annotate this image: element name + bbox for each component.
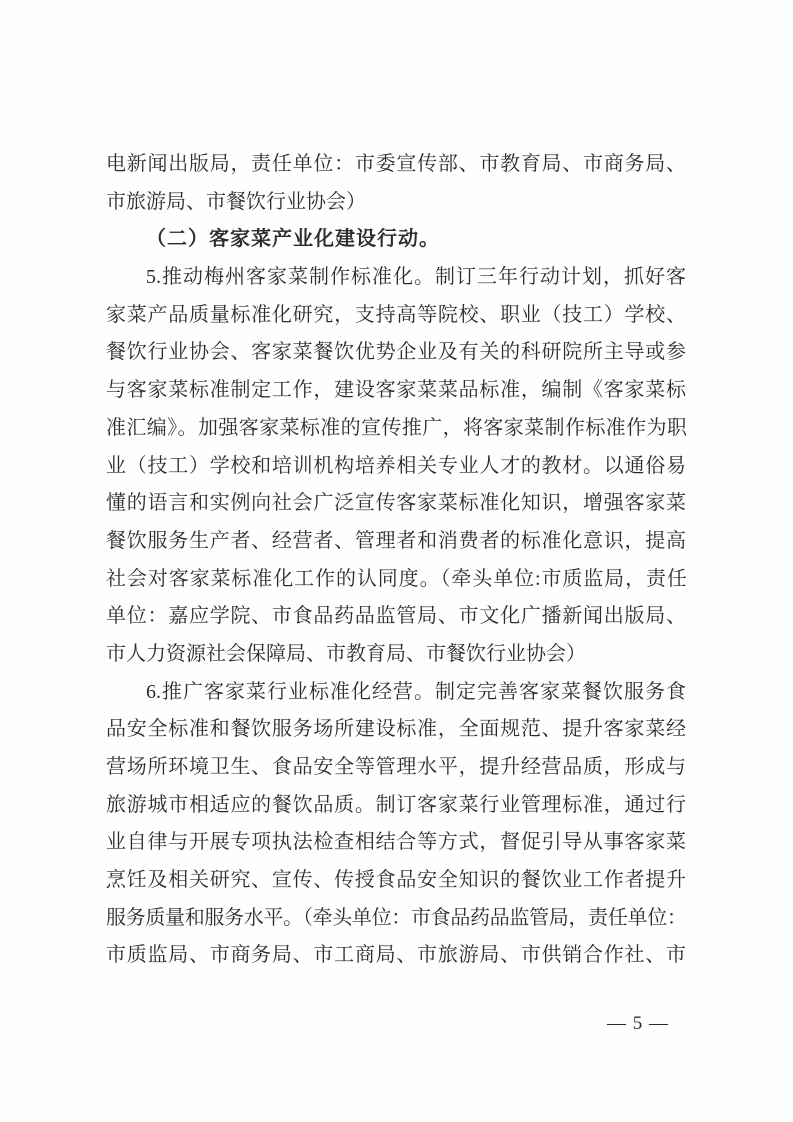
body-line: 业（技工）学校和培训机构培养相关专业人才的教材。以通俗易 bbox=[106, 448, 686, 486]
document-text-block: 电新闻出版局，责任单位：市委宣传部、市教育局、市商务局、 市旅游局、市餐饮行业协… bbox=[106, 146, 686, 975]
body-line: 旅游城市相适应的餐饮品质。制订客家菜行业管理标准，通过行 bbox=[106, 787, 686, 825]
body-line: 品安全标准和餐饮服务场所建设标准，全面规范、提升客家菜经 bbox=[106, 711, 686, 749]
body-line: 市旅游局、市餐饮行业协会） bbox=[106, 184, 686, 222]
document-page: 电新闻出版局，责任单位：市委宣传部、市教育局、市商务局、 市旅游局、市餐饮行业协… bbox=[0, 0, 793, 1122]
body-line: 准汇编》。加强客家菜标准的宣传推广，将客家菜制作标准作为职 bbox=[106, 410, 686, 448]
paragraph-start: 5.推动梅州客家菜制作标准化。制订三年行动计划，抓好客 bbox=[106, 259, 686, 297]
body-line: 服务质量和服务水平。（牵头单位：市食品药品监管局，责任单位： bbox=[106, 900, 686, 938]
body-line: 餐饮服务生产者、经营者、管理者和消费者的标准化意识，提高 bbox=[106, 523, 686, 561]
section-heading: （二）客家菜产业化建设行动。 bbox=[106, 221, 686, 259]
body-line: 烹饪及相关研究、宣传、传授食品安全知识的餐饮业工作者提升 bbox=[106, 862, 686, 900]
body-line: 业自律与开展专项执法检查相结合等方式，督促引导从事客家菜 bbox=[106, 824, 686, 862]
body-line: 市质监局、市商务局、市工商局、市旅游局、市供销合作社、市 bbox=[106, 937, 686, 975]
body-line: 懂的语言和实例向社会广泛宣传客家菜标准化知识，增强客家菜 bbox=[106, 485, 686, 523]
body-line: 单位：嘉应学院、市食品药品监管局、市文化广播新闻出版局、 bbox=[106, 598, 686, 636]
body-line: 与客家菜标准制定工作，建设客家菜菜品标准，编制《客家菜标 bbox=[106, 372, 686, 410]
paragraph-start: 6.推广客家菜行业标准化经营。制定完善客家菜餐饮服务食 bbox=[106, 674, 686, 712]
body-line: 营场所环境卫生、食品安全等管理水平，提升经营品质，形成与 bbox=[106, 749, 686, 787]
body-line: 电新闻出版局，责任单位：市委宣传部、市教育局、市商务局、 bbox=[106, 146, 686, 184]
body-line: 社会对客家菜标准化工作的认同度。（牵头单位:市质监局，责任 bbox=[106, 561, 686, 599]
body-line: 餐饮行业协会、客家菜餐饮优势企业及有关的科研院所主导或参 bbox=[106, 334, 686, 372]
page-number: — 5 — bbox=[607, 1012, 669, 1036]
body-line: 家菜产品质量标准化研究，支持高等院校、职业（技工）学校、 bbox=[106, 297, 686, 335]
body-line: 市人力资源社会保障局、市教育局、市餐饮行业协会） bbox=[106, 636, 686, 674]
